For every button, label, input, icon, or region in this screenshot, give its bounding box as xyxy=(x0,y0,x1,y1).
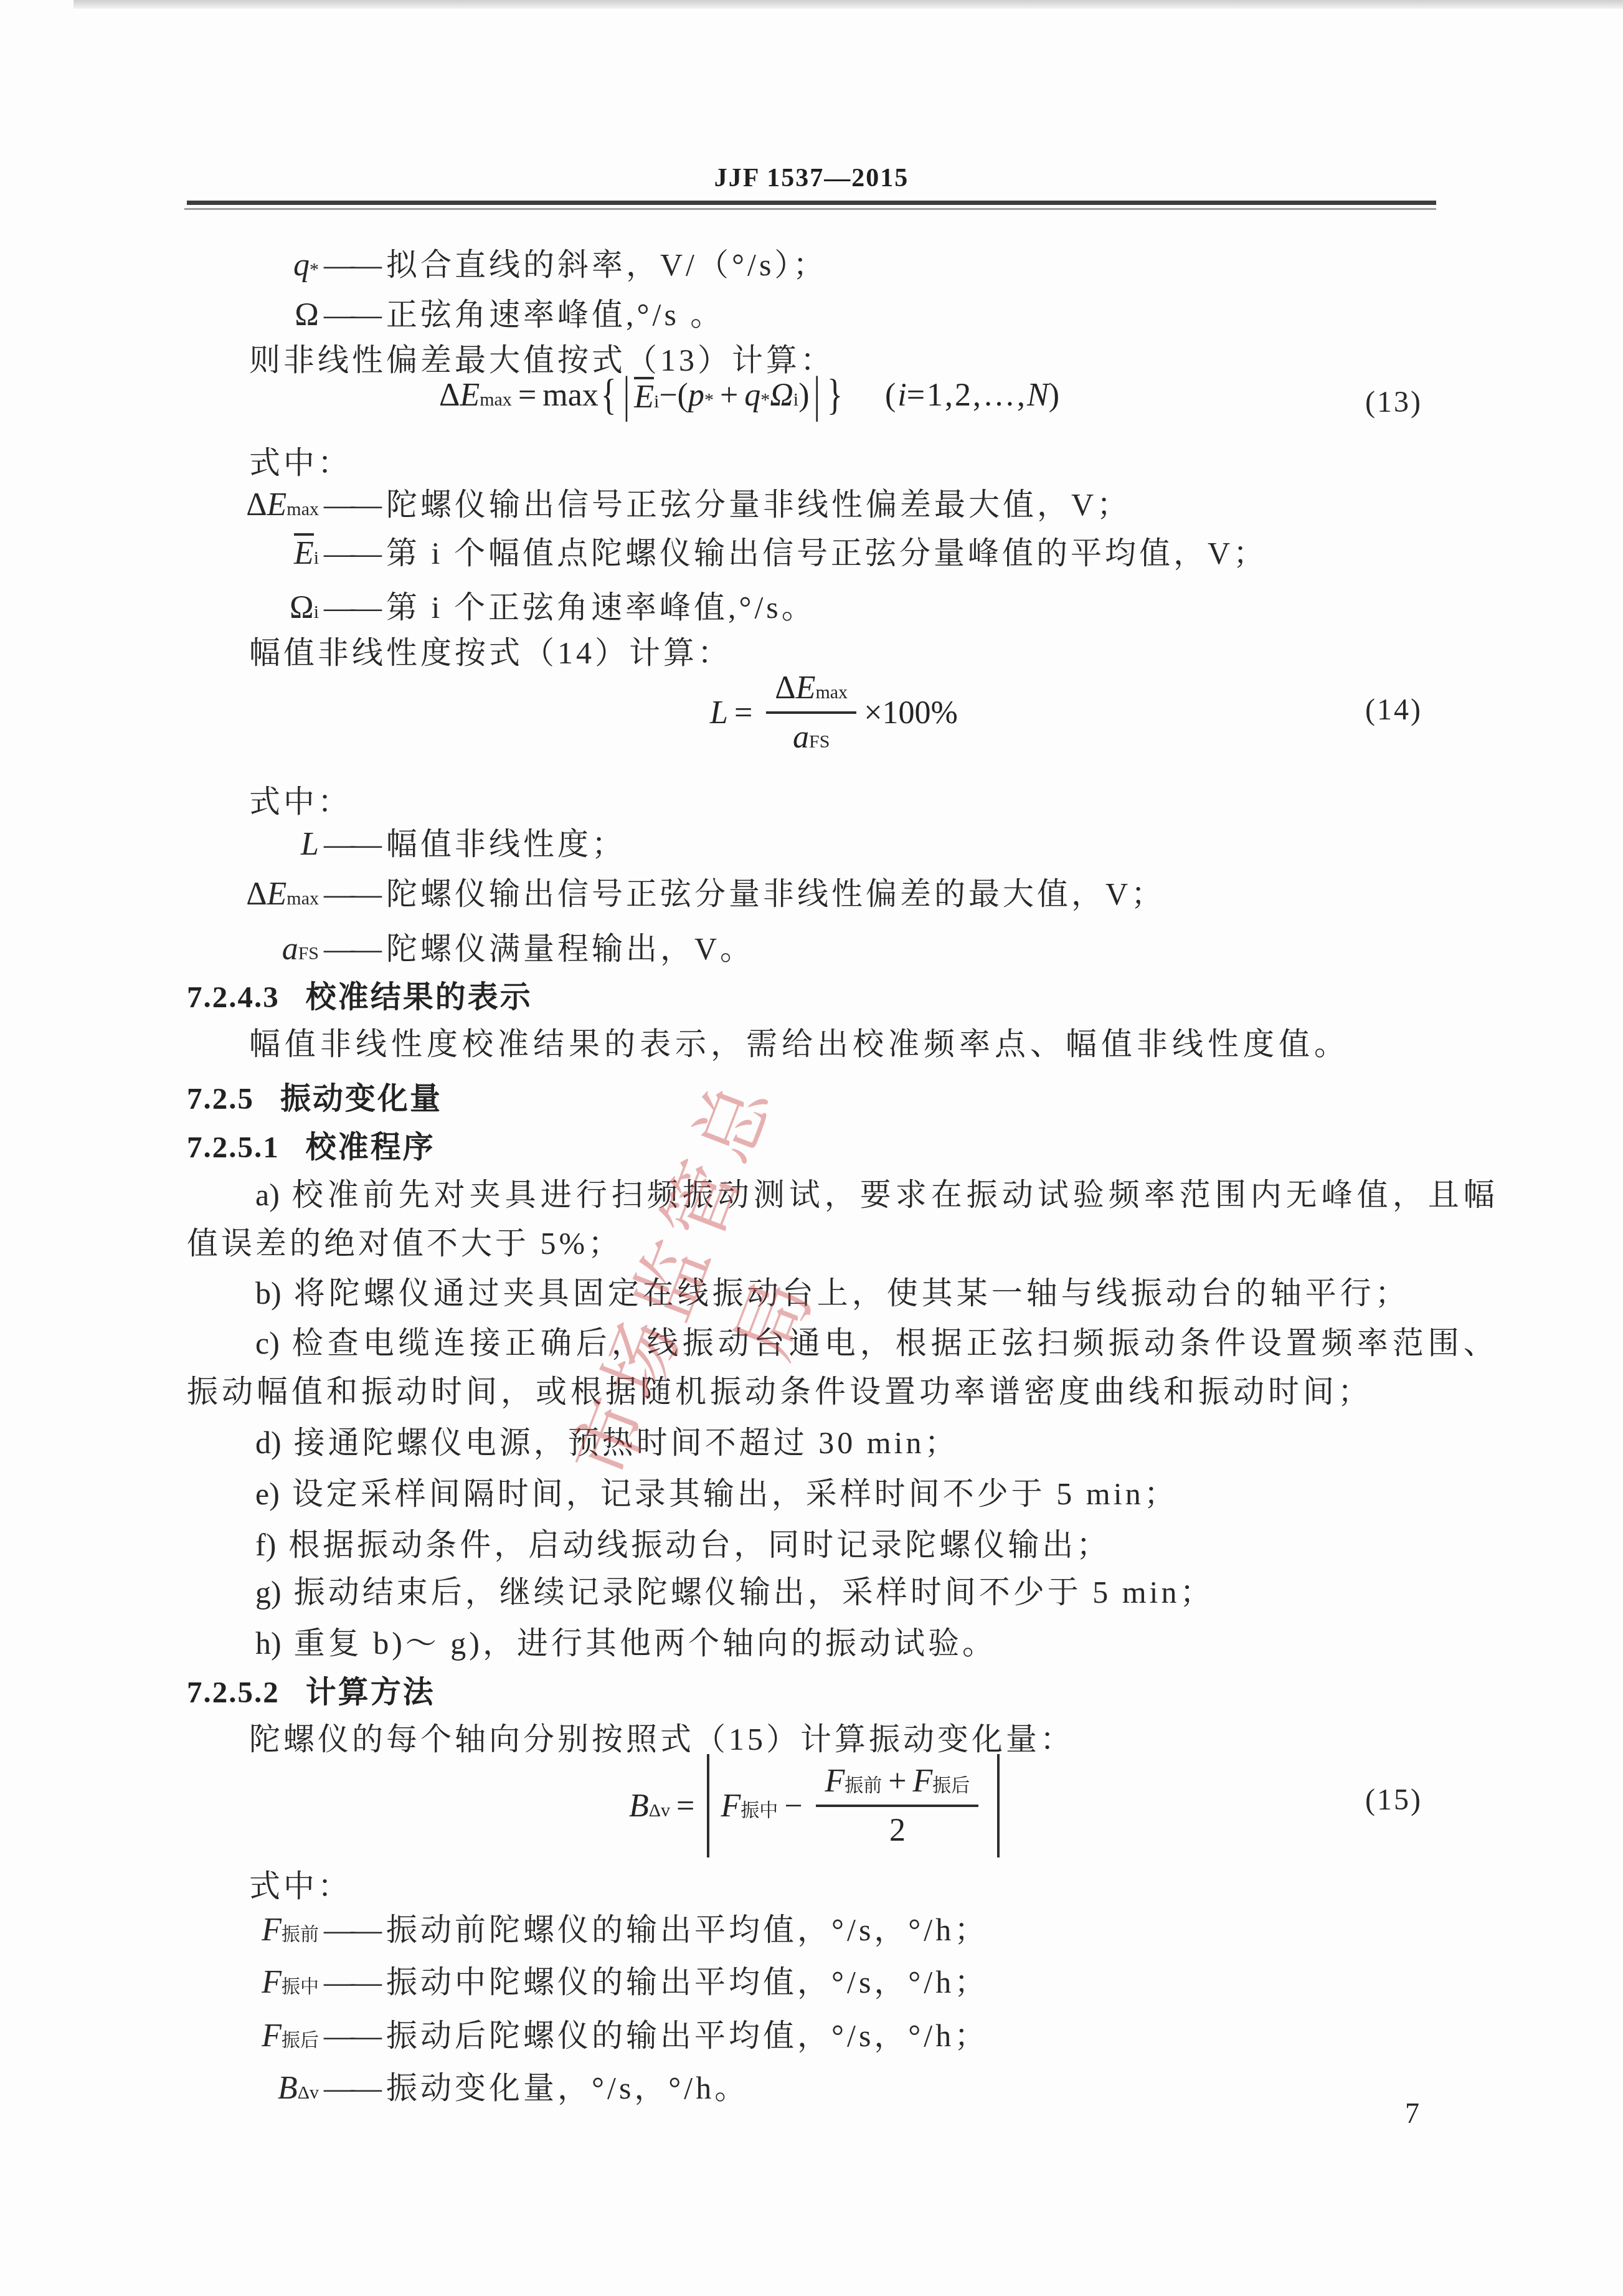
def-dash: —— xyxy=(324,826,377,862)
def-desc: 振动变化量，°/s，°/h。 xyxy=(386,2063,749,2108)
def-dash: —— xyxy=(324,876,377,912)
list-item-h: h)重复 b)～ g)，进行其他两个轴向的振动试验。 xyxy=(255,1618,996,1663)
def-dash: —— xyxy=(324,247,377,283)
definition-row: F振后 —— 振动后陀螺仪的输出平均值，°/s，°/h； xyxy=(187,2011,988,2056)
definition-row: BΔv —— 振动变化量，°/s，°/h。 xyxy=(187,2063,749,2108)
def-term: Ω xyxy=(187,296,319,333)
paragraph: 幅值非线性度校准结果的表示，需给出校准频率点、幅值非线性度值。 xyxy=(249,1019,1350,1064)
def-desc: 正弦角速率峰值,°/s 。 xyxy=(386,290,724,334)
list-item-g: g)振动结束后，继续记录陀螺仪输出，采样时间不少于 5 min； xyxy=(255,1567,1214,1612)
def-desc: 陀螺仪输出信号正弦分量非线性偏差的最大值，V； xyxy=(386,869,1165,914)
def-term: ΔEmax xyxy=(187,486,319,523)
list-marker: f) xyxy=(255,1527,276,1562)
list-marker: d) xyxy=(255,1425,282,1460)
def-desc: 幅值非线性度； xyxy=(386,819,626,864)
formula-15: BΔv = F振中 − F振前 + F振后 2 xyxy=(629,1754,1000,1857)
def-dash: —— xyxy=(324,589,377,625)
def-desc: 陀螺仪满量程输出，V。 xyxy=(386,924,754,969)
list-item-a: a)校准前先对夹具进行扫频振动测试，要求在振动试验频率范围内无峰值，且幅 xyxy=(255,1170,1499,1215)
paragraph: 式中： xyxy=(249,1861,352,1906)
formula-14: L = ΔEmax aFS ×100% xyxy=(710,670,958,756)
list-item-f: f)根据振动条件，启动线振动台，同时记录陀螺仪输出； xyxy=(255,1520,1110,1565)
list-marker: a) xyxy=(255,1177,280,1212)
def-term: Ωi xyxy=(187,589,319,626)
def-term: aFS xyxy=(187,931,319,967)
def-desc: 第 i 个幅值点陀螺仪输出信号正弦分量峰值的平均值，V； xyxy=(386,528,1267,573)
definition-row: Ωi —— 第 i 个正弦角速率峰值,°/s。 xyxy=(187,582,816,627)
definition-row: q* —— 拟合直线的斜率，V/（°/s）； xyxy=(187,240,827,285)
scan-edge-artifact xyxy=(73,0,1623,9)
list-marker: e) xyxy=(255,1476,280,1511)
def-term: F振中 xyxy=(187,1964,319,2001)
section-heading-7252: 7.2.5.2计算方法 xyxy=(187,1668,435,1712)
page-number: 7 xyxy=(1405,2097,1419,2130)
paragraph: 则非线性偏差最大值按式（13）计算： xyxy=(249,335,835,380)
def-desc: 振动后陀螺仪的输出平均值，°/s，°/h； xyxy=(386,2011,988,2056)
section-heading-725: 7.2.5振动变化量 xyxy=(187,1074,442,1118)
def-desc: 振动中陀螺仪的输出平均值，°/s，°/h； xyxy=(386,1957,988,2002)
section-heading-7251: 7.2.5.1校准程序 xyxy=(187,1123,435,1167)
list-marker: c) xyxy=(255,1326,280,1360)
def-dash: —— xyxy=(324,535,377,571)
def-desc: 陀螺仪输出信号正弦分量非线性偏差最大值，V； xyxy=(386,480,1131,524)
absolute-value-group: F振中 − F振前 + F振后 2 xyxy=(707,1754,1000,1857)
paragraph: 式中： xyxy=(249,777,352,822)
def-term: F振前 xyxy=(187,1912,319,1948)
definition-row: ΔEmax —— 陀螺仪输出信号正弦分量非线性偏差最大值，V； xyxy=(187,480,1131,524)
def-desc: 拟合直线的斜率，V/（°/s）； xyxy=(386,240,827,285)
def-dash: —— xyxy=(324,931,377,967)
list-marker: g) xyxy=(255,1575,282,1610)
list-item-c-cont: 振动幅值和振动时间，或根据随机振动条件设置功率谱密度曲线和振动时间； xyxy=(187,1367,1373,1411)
document-page: JJF 1537—2015 q* —— 拟合直线的斜率，V/（°/s）； Ω —… xyxy=(0,0,1623,2296)
def-term: q* xyxy=(187,247,319,283)
definition-row: ΔEmax —— 陀螺仪输出信号正弦分量非线性偏差的最大值，V； xyxy=(187,869,1165,914)
equation-number: (13) xyxy=(1365,385,1422,419)
list-item-d: d)接通陀螺仪电源，预热时间不超过 30 min； xyxy=(255,1418,958,1463)
def-dash: —— xyxy=(324,1964,377,2000)
def-term: BΔv xyxy=(187,2070,319,2107)
fraction: F振前 + F振后 2 xyxy=(816,1763,978,1849)
header-rule-thick xyxy=(187,201,1436,205)
list-item-e: e)设定采样间隔时间，记录其输出，采样时间不少于 5 min； xyxy=(255,1469,1178,1514)
paragraph: 陀螺仪的每个轴向分别按照式（15）计算振动变化量： xyxy=(249,1714,1074,1759)
def-term: ΔEmax xyxy=(187,876,319,913)
definition-row: aFS —— 陀螺仪满量程输出，V。 xyxy=(187,924,754,969)
list-item-b: b)将陀螺仪通过夹具固定在线振动台上，使其某一轴与线振动台的轴平行； xyxy=(255,1268,1410,1313)
list-marker: b) xyxy=(255,1276,282,1311)
list-item-a-cont: 值误差的绝对值不大于 5%； xyxy=(187,1218,622,1263)
formula-13: ΔEmax = max { | Ei −( p* + q* Ωi ) | } (… xyxy=(439,377,1061,414)
paragraph: 幅值非线性度按式（14）计算： xyxy=(249,628,732,673)
def-desc: 振动前陀螺仪的输出平均值，°/s，°/h； xyxy=(386,1905,988,1950)
fraction: ΔEmax aFS xyxy=(766,670,856,756)
def-dash: —— xyxy=(324,2070,377,2106)
doc-header: JJF 1537—2015 xyxy=(0,163,1623,193)
def-term: L xyxy=(187,826,319,863)
list-marker: h) xyxy=(255,1626,282,1661)
section-heading-7243: 7.2.4.3校准结果的表示 xyxy=(187,973,532,1017)
def-dash: —— xyxy=(324,1912,377,1948)
equation-number: (15) xyxy=(1365,1783,1422,1817)
def-dash: —— xyxy=(324,296,377,333)
definition-row: F振中 —— 振动中陀螺仪的输出平均值，°/s，°/h； xyxy=(187,1957,988,2002)
def-desc: 第 i 个正弦角速率峰值,°/s。 xyxy=(386,582,816,627)
def-term: Ei xyxy=(187,533,319,570)
def-dash: —— xyxy=(324,486,377,523)
list-item-c: c)检查电缆连接正确后，线振动台通电，根据正弦扫频振动条件设置频率范围、 xyxy=(255,1318,1499,1363)
definition-row: Ω —— 正弦角速率峰值,°/s 。 xyxy=(187,290,724,334)
def-dash: —— xyxy=(324,2018,377,2054)
header-rule-thin xyxy=(184,208,1436,210)
paragraph: 式中： xyxy=(249,438,352,483)
definition-row: F振前 —— 振动前陀螺仪的输出平均值，°/s，°/h； xyxy=(187,1905,988,1950)
definition-row: Ei —— 第 i 个幅值点陀螺仪输出信号正弦分量峰值的平均值，V； xyxy=(187,528,1267,573)
def-term: F振后 xyxy=(187,2018,319,2054)
formula-condition: (i=1,2,…,N) xyxy=(885,377,1061,414)
equation-number: (14) xyxy=(1365,693,1422,727)
definition-row: L —— 幅值非线性度； xyxy=(187,819,626,864)
